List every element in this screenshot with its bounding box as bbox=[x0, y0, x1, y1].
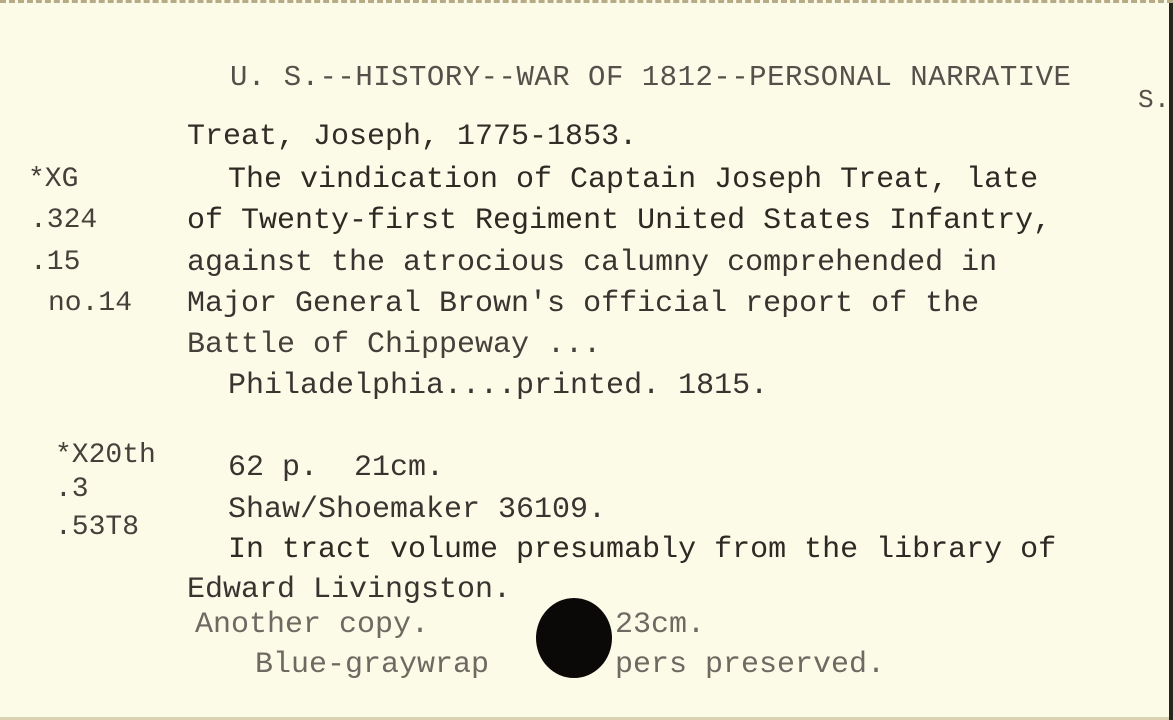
call-number-2-line-1: *X20th bbox=[55, 439, 156, 473]
collation: 62 p. 21cm. bbox=[228, 451, 444, 485]
title-line-3: against the atrocious calumny comprehend… bbox=[187, 246, 997, 280]
call-number-1-line-4: no.14 bbox=[48, 287, 132, 321]
title-line-1: The vindication of Captain Joseph Treat,… bbox=[228, 163, 1038, 197]
call-number-1-line-3: .15 bbox=[30, 246, 80, 280]
title-line-4: Major General Brown's official report of… bbox=[187, 287, 979, 321]
subject-heading-overflow: S. bbox=[1138, 83, 1170, 117]
call-number-1-line-2: .324 bbox=[30, 204, 97, 238]
copy-note-2-right: pers preserved. bbox=[615, 648, 885, 682]
call-number-2-line-2: .3 bbox=[55, 473, 89, 507]
call-number-1-line-1: *XG bbox=[28, 163, 78, 197]
punch-hole bbox=[536, 598, 612, 678]
title-line-2: of Twenty-first Regiment United States I… bbox=[187, 204, 1051, 238]
copy-note-1-left: Another copy. bbox=[195, 608, 429, 642]
imprint: Philadelphia....printed. 1815. bbox=[228, 369, 768, 403]
subject-heading: U. S.--HISTORY--WAR OF 1812--PERSONAL NA… bbox=[230, 61, 1071, 95]
copy-note-2-left: Blue-graywrap bbox=[255, 648, 489, 682]
reference-citation: Shaw/Shoemaker 36109. bbox=[228, 493, 606, 527]
catalog-card: U. S.--HISTORY--WAR OF 1812--PERSONAL NA… bbox=[0, 0, 1173, 720]
copy-note-1-right: 23cm. bbox=[615, 608, 705, 642]
note-line-1: In tract volume presumably from the libr… bbox=[228, 533, 1056, 567]
title-line-5: Battle of Chippeway ... bbox=[187, 328, 601, 362]
main-entry: Treat, Joseph, 1775-1853. bbox=[187, 120, 637, 154]
note-line-2: Edward Livingston. bbox=[187, 573, 511, 607]
call-number-2-line-3: .53T8 bbox=[55, 511, 139, 545]
